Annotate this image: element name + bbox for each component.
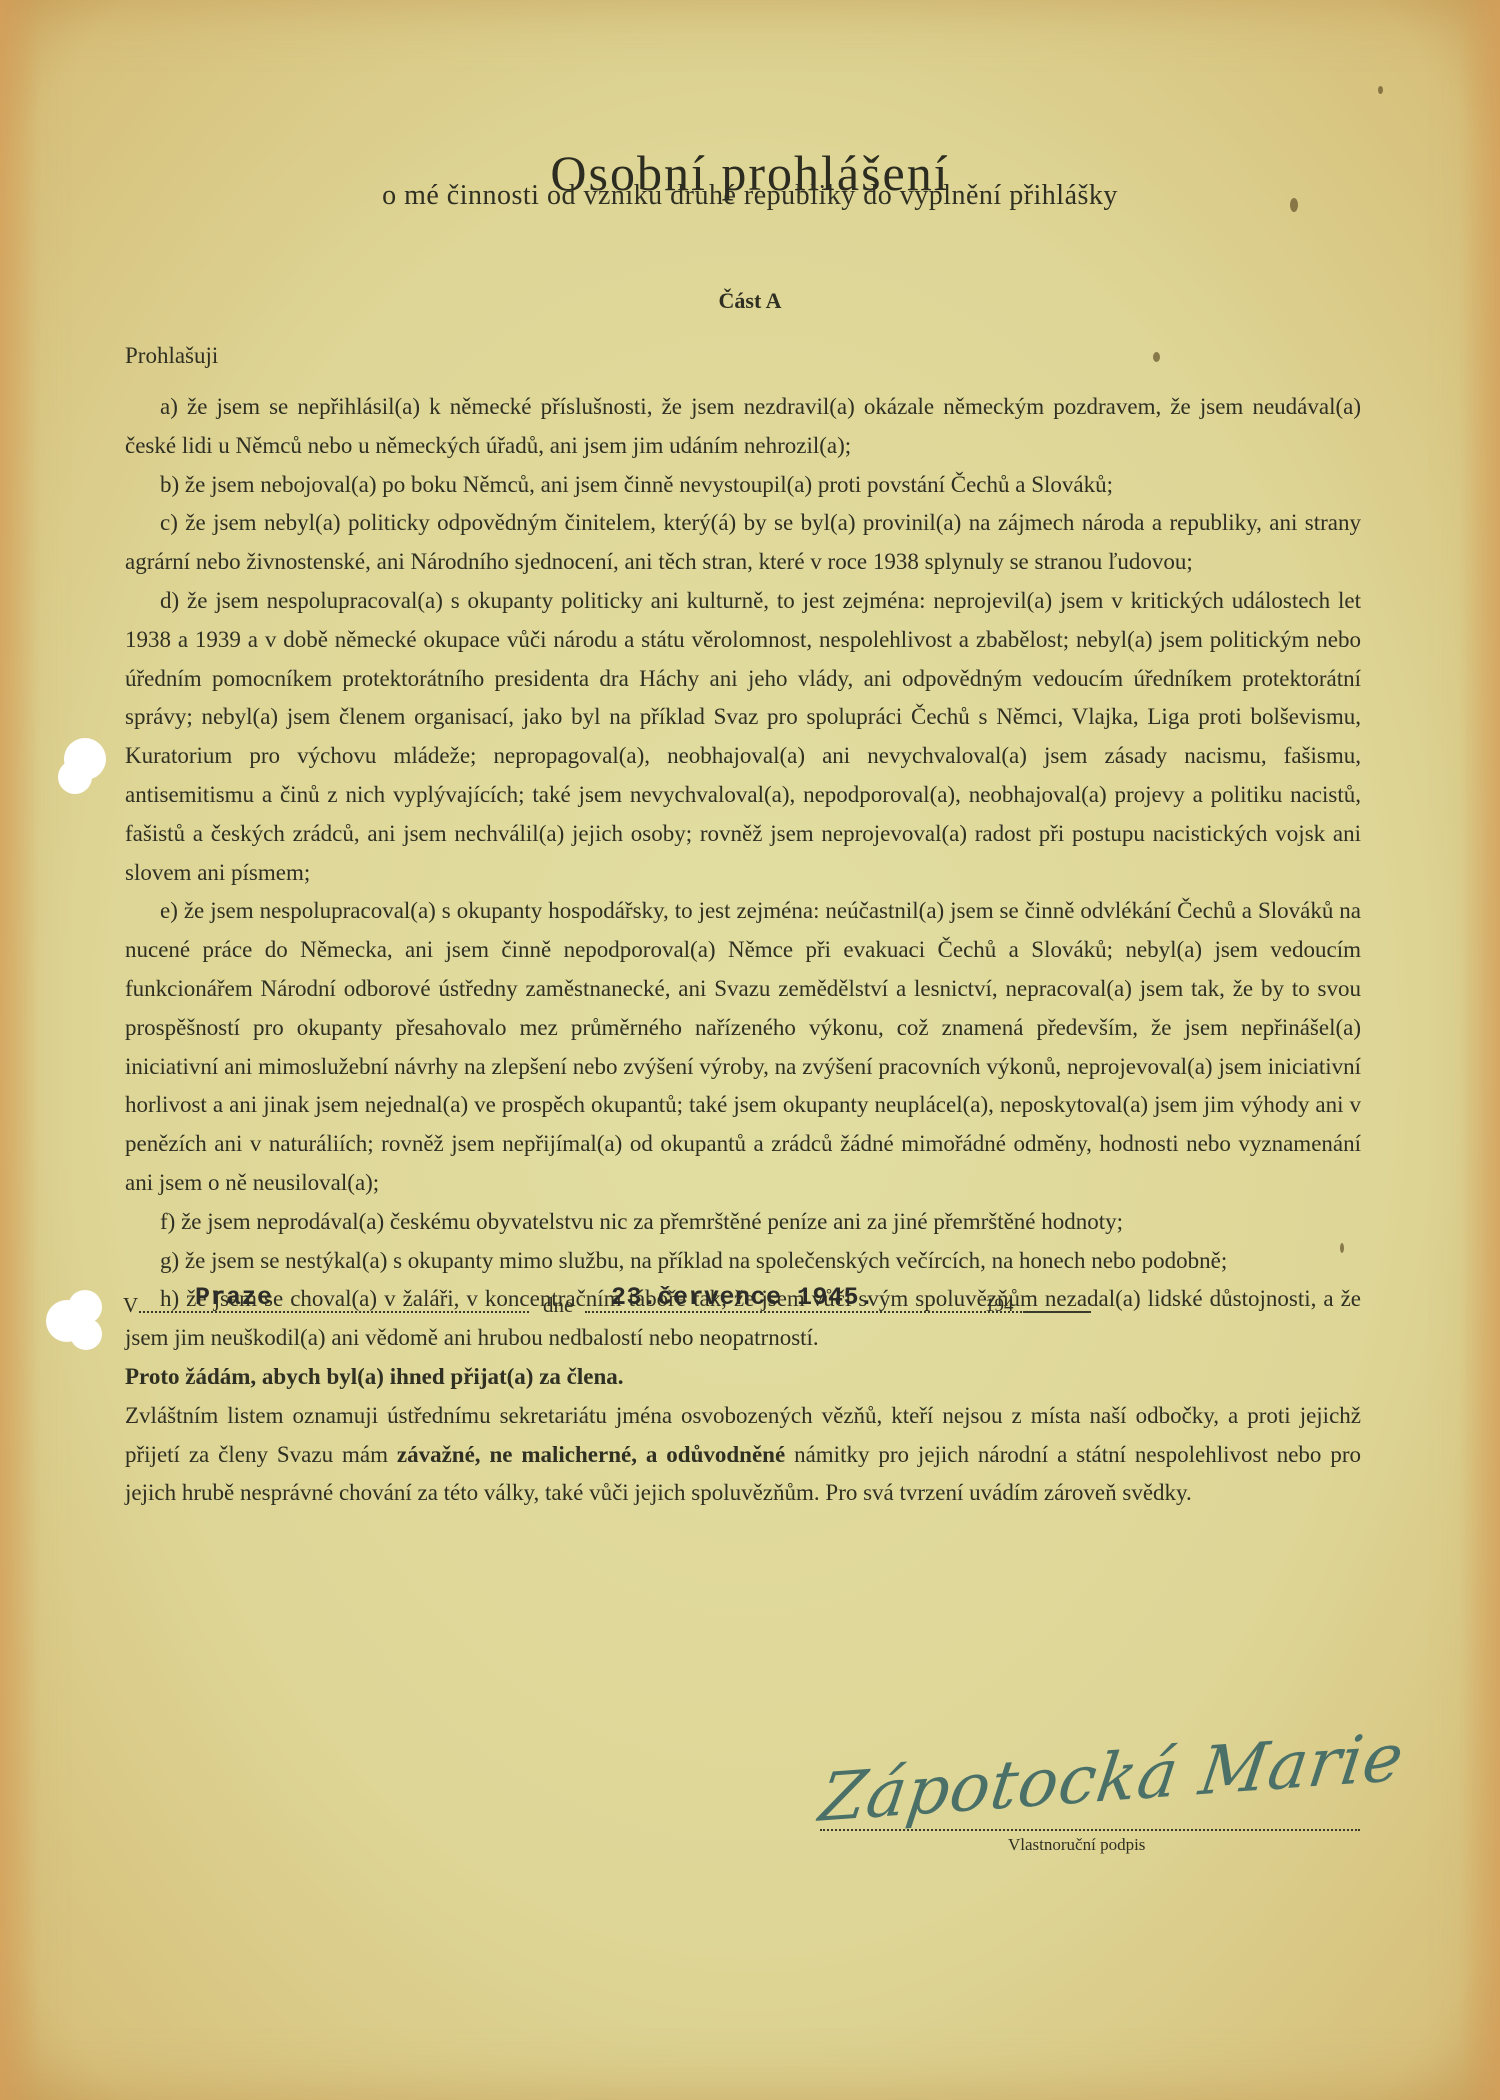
notice-paragraph: Zvláštním listem oznamuji ústřednímu sek… [125,1397,1361,1513]
handwritten-signature: Zápotocká Marie [815,1718,1409,1837]
paper-speck [1378,86,1383,94]
year-field-dots [1023,1311,1091,1313]
clause-a: a) že jsem se nepřihlásil(a) k německé p… [125,388,1361,466]
declaration-body: a) že jsem se nepřihlásil(a) k německé p… [125,388,1361,1513]
membership-request: Proto žádám, abych byl(a) ihned přijat(a… [125,1358,1361,1397]
place-label: V [123,1293,138,1318]
clause-c: c) že jsem nebyl(a) politicky odpovědným… [125,504,1361,582]
intro-label: Prohlašuji [125,343,218,369]
paper-speck [1153,352,1160,362]
paper-edge-right [1460,0,1500,2100]
year-prefix: 194 [985,1295,1014,1317]
punch-hole-upper-b [58,760,92,794]
page-subtitle: o mé činnosti od vzniku druhé republiky … [0,180,1500,212]
section-heading: Část A [0,288,1500,314]
clause-g: g) že jsem se nestýkal(a) s okupanty mim… [125,1242,1361,1281]
date-value: 23.července 1945. [611,1283,875,1312]
notice-emphasis: závažné, ne malicherné, a odůvodněné [397,1442,785,1467]
clause-d: d) že jsem nespolupracoval(a) s okupanty… [125,582,1361,892]
place-value: Praze [195,1283,273,1312]
document-page: Osobní prohlášení o mé činnosti od vznik… [0,0,1500,2100]
clause-f: f) že jsem neprodával(a) českému obyvate… [125,1203,1361,1242]
signature-caption: Vlastnoruční podpis [1008,1835,1145,1855]
date-label: dne [543,1293,573,1318]
place-date-line: V Praze dne 23.července 1945. 194 [123,1283,1123,1323]
clause-b: b) že jsem nebojoval(a) po boku Němců, a… [125,466,1361,505]
punch-hole-lower-c [70,1318,102,1350]
clause-e: e) že jsem nespolupracoval(a) s okupanty… [125,892,1361,1202]
paper-edge-left [0,0,40,2100]
